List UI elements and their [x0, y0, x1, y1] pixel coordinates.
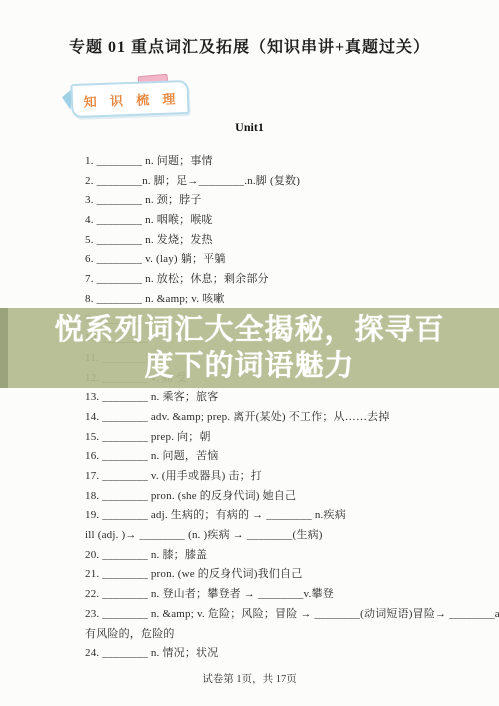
vocab-list-item: 18. ________ pron. (she 的反身代词) 她自己 [85, 487, 459, 507]
vocab-list-item: 17. ________ v. (用手或器具) 击；打 [85, 467, 459, 487]
vocab-list-item: 8. ________ n. &amp; v. 咳嗽 [85, 290, 459, 310]
vocab-list-item: 21. ________ pron. (we 的反身代词)我们自己 [85, 565, 459, 585]
vocab-list-item: 19. ________ adj. 生病的；有病的 → ________ n.疾… [85, 506, 459, 526]
vocab-list-item: 5. ________ n. 发烧；发热 [85, 231, 459, 251]
vocab-list-item: 13. ________ n. 乘客；旅客 [85, 388, 459, 408]
vocab-list-item: 3. ________ n. 颈；脖子 [85, 191, 459, 211]
vocab-list-item: 14. ________ adv. &amp; prep. 离开(某处) 不工作… [85, 408, 459, 428]
vocab-list-item: 22. ________ n. 登山者；攀登者 → ________v.攀登 [85, 585, 459, 605]
vocab-list-item: 2. ________n. 脚；足→________.n.脚 (复数) [85, 172, 459, 192]
page-title: 专题 01 重点词汇及拓展（知识串讲+真题过关） [0, 34, 499, 57]
vocab-list-item: 有风险的，危险的 [85, 625, 459, 645]
vocab-list-item: 20. ________ n. 膝；膝盖 [85, 546, 459, 566]
knowledge-ribbon: 知 识 梳 理 [62, 78, 202, 120]
overlay-banner: 悦系列词汇大全揭秘，探寻百度下的词语魅力 [0, 308, 499, 388]
vocab-list-item: 7. ________ n. 放松；休息；剩余部分 [85, 270, 459, 290]
ribbon-body: 知 识 梳 理 [70, 80, 189, 118]
vocab-list-item: 15. ________ prep. 向；朝 [85, 428, 459, 448]
vocab-list-item: 4. ________ n. 咽喉；喉咙 [85, 211, 459, 231]
vocab-list-item: 1. ________ n. 问题；事情 [85, 152, 459, 172]
document-page: 专题 01 重点词汇及拓展（知识串讲+真题过关） 知 识 梳 理 Unit1 1… [0, 0, 499, 706]
overlay-banner-text: 悦系列词汇大全揭秘，探寻百度下的词语魅力 [49, 312, 451, 384]
vocab-list-item: ill (adj. )→ ________ (n. )疾病 → ________… [85, 526, 459, 546]
unit-heading: Unit1 [0, 120, 499, 135]
vocab-list: 1. ________ n. 问题；事情2. ________n. 脚；足→__… [85, 152, 459, 664]
ribbon-label: 知 识 梳 理 [79, 88, 180, 111]
vocab-list-item: 16. ________ n. 问题，苦恼 [85, 447, 459, 467]
vocab-list-item: 6. ________ v. (lay) 躺；平躺 [85, 250, 459, 270]
vocab-list-item: 24. ________ n. 情况；状况 [85, 644, 459, 664]
page-footer: 试卷第 1页，共 17页 [0, 671, 499, 686]
vocab-list-item: 23. ________ n. &amp; v. 危险；风险；冒险 → ____… [85, 605, 459, 625]
